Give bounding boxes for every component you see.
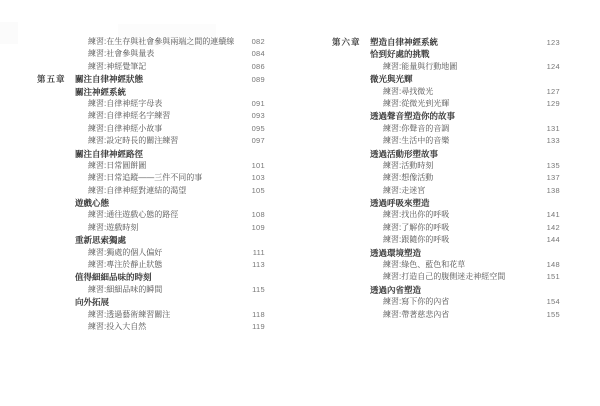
toc-page-spread: 練習:在生存與社會參與兩端之間的連續線082練習:社會參與量表084練習:神經覺… bbox=[0, 0, 600, 406]
toc-row-exercise: 練習:走迷宮138 bbox=[332, 185, 560, 197]
toc-row-exercise: 練習:細細品味的瞬間115 bbox=[37, 284, 265, 296]
toc-exercise-title: 練習:自律神經對連結的渴望 bbox=[88, 185, 186, 197]
toc-page-number: 118 bbox=[252, 309, 265, 321]
toc-heading-title: 關注自律神經狀態 bbox=[75, 73, 143, 85]
toc-exercise-title: 練習:你聲音的音調 bbox=[383, 123, 449, 135]
toc-page-number: 148 bbox=[547, 259, 560, 271]
toc-row-exercise: 練習:帶著慈悲內省155 bbox=[332, 309, 560, 321]
toc-exercise-title: 練習:想像活動 bbox=[383, 172, 433, 184]
toc-row-exercise: 練習:通往遊戲心態的路徑108 bbox=[37, 209, 265, 221]
toc-exercise-title: 練習:專注於靜止狀態 bbox=[88, 259, 162, 271]
chapter-number-label: 第六章 bbox=[332, 36, 370, 48]
toc-row-exercise: 練習:寫下你的內省154 bbox=[332, 296, 560, 308]
toc-heading-title: 值得細細品味的時刻 bbox=[75, 271, 152, 283]
toc-page-number: 129 bbox=[547, 98, 560, 110]
toc-exercise-title: 練習:走迷宮 bbox=[383, 185, 425, 197]
toc-row-exercise: 練習:尋找微光127 bbox=[332, 86, 560, 98]
toc-row-chapter: 第六章塑造自律神經系統123 bbox=[332, 36, 560, 48]
toc-row-exercise: 練習:找出你的呼吸141 bbox=[332, 209, 560, 221]
chapter-number-label: 第五章 bbox=[37, 73, 75, 85]
toc-page-number: 113 bbox=[252, 259, 265, 271]
toc-row-exercise: 練習:神經覺筆記086 bbox=[37, 61, 265, 73]
toc-page-number: 135 bbox=[547, 160, 560, 172]
toc-exercise-title: 練習:綠色、藍色和花草 bbox=[383, 259, 465, 271]
toc-page-number: 095 bbox=[252, 123, 265, 135]
toc-page-number: 097 bbox=[252, 135, 265, 147]
toc-page-number: 101 bbox=[252, 160, 265, 172]
toc-row-section: 微光與光輝 bbox=[332, 73, 560, 85]
toc-row-section: 值得細細品味的時刻 bbox=[37, 271, 265, 283]
toc-row-exercise: 練習:透過藝術練習關注118 bbox=[37, 309, 265, 321]
toc-row-exercise: 練習:自律神經小故事095 bbox=[37, 123, 265, 135]
toc-page-number: 123 bbox=[547, 37, 560, 49]
toc-exercise-title: 練習:神經覺筆記 bbox=[88, 61, 146, 73]
toc-heading-title: 透過內省塑造 bbox=[370, 284, 421, 296]
toc-row-exercise: 練習:獨處的個人偏好111 bbox=[37, 247, 265, 259]
toc-row-section: 關注自律神經路徑 bbox=[37, 148, 265, 160]
toc-row-exercise: 練習:設定時長的關注練習097 bbox=[37, 135, 265, 147]
scan-artifact bbox=[0, 22, 18, 44]
toc-row-section: 透過聲音塑造你的故事 bbox=[332, 110, 560, 122]
toc-exercise-title: 練習:打造自己的腹側迷走神經空間 bbox=[383, 271, 505, 283]
toc-row-exercise: 練習:專注於靜止狀態113 bbox=[37, 259, 265, 271]
toc-page-number: 131 bbox=[547, 123, 560, 135]
toc-row-exercise: 練習:在生存與社會參與兩端之間的連續線082 bbox=[37, 36, 265, 48]
toc-page-number: 155 bbox=[547, 309, 560, 321]
toc-exercise-title: 練習:自律神經字母表 bbox=[88, 98, 162, 110]
toc-page-number: 109 bbox=[252, 222, 265, 234]
toc-row-exercise: 練習:了解你的呼吸142 bbox=[332, 222, 560, 234]
toc-row-section: 恰到好處的挑戰 bbox=[332, 48, 560, 60]
toc-row-exercise: 練習:自律神經對連結的渴望105 bbox=[37, 185, 265, 197]
toc-row-section: 透過內省塑造 bbox=[332, 284, 560, 296]
toc-exercise-title: 練習:自律神經名字練習 bbox=[88, 110, 170, 122]
toc-exercise-title: 練習:在生存與社會參與兩端之間的連續線 bbox=[88, 36, 234, 48]
toc-column-right: 第六章塑造自律神經系統123恰到好處的挑戰練習:能量與行動地圖124微光與光輝練… bbox=[332, 36, 560, 321]
toc-exercise-title: 練習:自律神經小故事 bbox=[88, 123, 162, 135]
toc-page-number: 105 bbox=[252, 185, 265, 197]
toc-row-exercise: 練習:打造自己的腹側迷走神經空間151 bbox=[332, 271, 560, 283]
toc-row-exercise: 練習:綠色、藍色和花草148 bbox=[332, 259, 560, 271]
toc-page-number: 091 bbox=[252, 98, 265, 110]
toc-exercise-title: 練習:能量與行動地圖 bbox=[383, 61, 457, 73]
toc-row-section: 透過環境塑造 bbox=[332, 247, 560, 259]
toc-heading-title: 向外拓展 bbox=[75, 296, 109, 308]
toc-row-chapter: 第五章關注自律神經狀態089 bbox=[37, 73, 265, 85]
toc-exercise-title: 練習:細細品味的瞬間 bbox=[88, 284, 162, 296]
toc-row-exercise: 練習:生活中的音樂133 bbox=[332, 135, 560, 147]
toc-row-section: 向外拓展 bbox=[37, 296, 265, 308]
toc-page-number: 141 bbox=[547, 209, 560, 221]
toc-row-exercise: 練習:投入大自然119 bbox=[37, 321, 265, 333]
toc-row-section: 重新思索獨處 bbox=[37, 234, 265, 246]
toc-page-number: 137 bbox=[547, 172, 560, 184]
toc-page-number: 103 bbox=[252, 172, 265, 184]
toc-exercise-title: 練習:透過藝術練習關注 bbox=[88, 309, 170, 321]
toc-page-number: 111 bbox=[253, 247, 265, 259]
toc-heading-title: 微光與光輝 bbox=[370, 73, 413, 85]
toc-exercise-title: 練習:寫下你的內省 bbox=[383, 296, 449, 308]
toc-row-section: 透過活動形塑故事 bbox=[332, 148, 560, 160]
toc-row-exercise: 練習:遊戲時刻109 bbox=[37, 222, 265, 234]
toc-page-number: 127 bbox=[547, 86, 560, 98]
toc-exercise-title: 練習:設定時長的關注練習 bbox=[88, 135, 178, 147]
toc-row-exercise: 練習:活動時刻135 bbox=[332, 160, 560, 172]
toc-exercise-title: 練習:獨處的個人偏好 bbox=[88, 247, 162, 259]
toc-exercise-title: 練習:遊戲時刻 bbox=[88, 222, 138, 234]
toc-row-section: 透過呼吸來塑造 bbox=[332, 197, 560, 209]
toc-page-number: 093 bbox=[252, 110, 265, 122]
toc-exercise-title: 練習:活動時刻 bbox=[383, 160, 433, 172]
toc-heading-title: 透過環境塑造 bbox=[370, 247, 421, 259]
toc-exercise-title: 練習:帶著慈悲內省 bbox=[383, 309, 449, 321]
toc-row-section: 關注神經系統 bbox=[37, 86, 265, 98]
toc-heading-title: 遊戲心態 bbox=[75, 197, 109, 209]
toc-exercise-title: 練習:投入大自然 bbox=[88, 321, 146, 333]
toc-page-number: 154 bbox=[547, 296, 560, 308]
toc-heading-title: 關注自律神經路徑 bbox=[75, 148, 143, 160]
toc-row-exercise: 練習:社會參與量表084 bbox=[37, 48, 265, 60]
toc-row-exercise: 練習:自律神經字母表091 bbox=[37, 98, 265, 110]
toc-page-number: 108 bbox=[252, 209, 265, 221]
toc-exercise-title: 練習:社會參與量表 bbox=[88, 48, 154, 60]
toc-exercise-title: 練習:跟隨你的呼吸 bbox=[383, 234, 449, 246]
toc-exercise-title: 練習:日常追蹤——三件不同的事 bbox=[88, 172, 202, 184]
toc-page-number: 144 bbox=[547, 234, 560, 246]
toc-heading-title: 塑造自律神經系統 bbox=[370, 36, 438, 48]
toc-row-exercise: 練習:日常圓餅圖101 bbox=[37, 160, 265, 172]
toc-page-number: 133 bbox=[547, 135, 560, 147]
toc-page-number: 084 bbox=[252, 48, 265, 60]
toc-column-left: 練習:在生存與社會參與兩端之間的連續線082練習:社會參與量表084練習:神經覺… bbox=[37, 36, 265, 333]
toc-row-exercise: 練習:想像活動137 bbox=[332, 172, 560, 184]
toc-page-number: 086 bbox=[252, 61, 265, 73]
toc-row-exercise: 練習:能量與行動地圖124 bbox=[332, 61, 560, 73]
toc-row-exercise: 練習:你聲音的音調131 bbox=[332, 123, 560, 135]
toc-row-exercise: 練習:日常追蹤——三件不同的事103 bbox=[37, 172, 265, 184]
toc-heading-title: 透過聲音塑造你的故事 bbox=[370, 110, 455, 122]
toc-page-number: 124 bbox=[547, 61, 560, 73]
toc-heading-title: 重新思索獨處 bbox=[75, 234, 126, 246]
toc-exercise-title: 練習:日常圓餅圖 bbox=[88, 160, 146, 172]
toc-row-section: 遊戲心態 bbox=[37, 197, 265, 209]
toc-page-number: 142 bbox=[547, 222, 560, 234]
toc-page-number: 089 bbox=[252, 74, 265, 86]
toc-row-exercise: 練習:從微光到光輝129 bbox=[332, 98, 560, 110]
toc-exercise-title: 練習:通往遊戲心態的路徑 bbox=[88, 209, 178, 221]
toc-page-number: 082 bbox=[252, 36, 265, 48]
toc-row-exercise: 練習:自律神經名字練習093 bbox=[37, 110, 265, 122]
toc-page-number: 151 bbox=[547, 271, 560, 283]
toc-row-exercise: 練習:跟隨你的呼吸144 bbox=[332, 234, 560, 246]
toc-exercise-title: 練習:尋找微光 bbox=[383, 86, 433, 98]
toc-exercise-title: 練習:找出你的呼吸 bbox=[383, 209, 449, 221]
toc-exercise-title: 練習:生活中的音樂 bbox=[383, 135, 449, 147]
toc-exercise-title: 練習:從微光到光輝 bbox=[383, 98, 449, 110]
toc-page-number: 119 bbox=[252, 321, 265, 333]
toc-heading-title: 透過活動形塑故事 bbox=[370, 148, 438, 160]
toc-heading-title: 關注神經系統 bbox=[75, 86, 126, 98]
toc-exercise-title: 練習:了解你的呼吸 bbox=[383, 222, 449, 234]
toc-page-number: 115 bbox=[252, 284, 265, 296]
toc-heading-title: 恰到好處的挑戰 bbox=[370, 48, 430, 60]
toc-heading-title: 透過呼吸來塑造 bbox=[370, 197, 430, 209]
toc-page-number: 138 bbox=[547, 185, 560, 197]
